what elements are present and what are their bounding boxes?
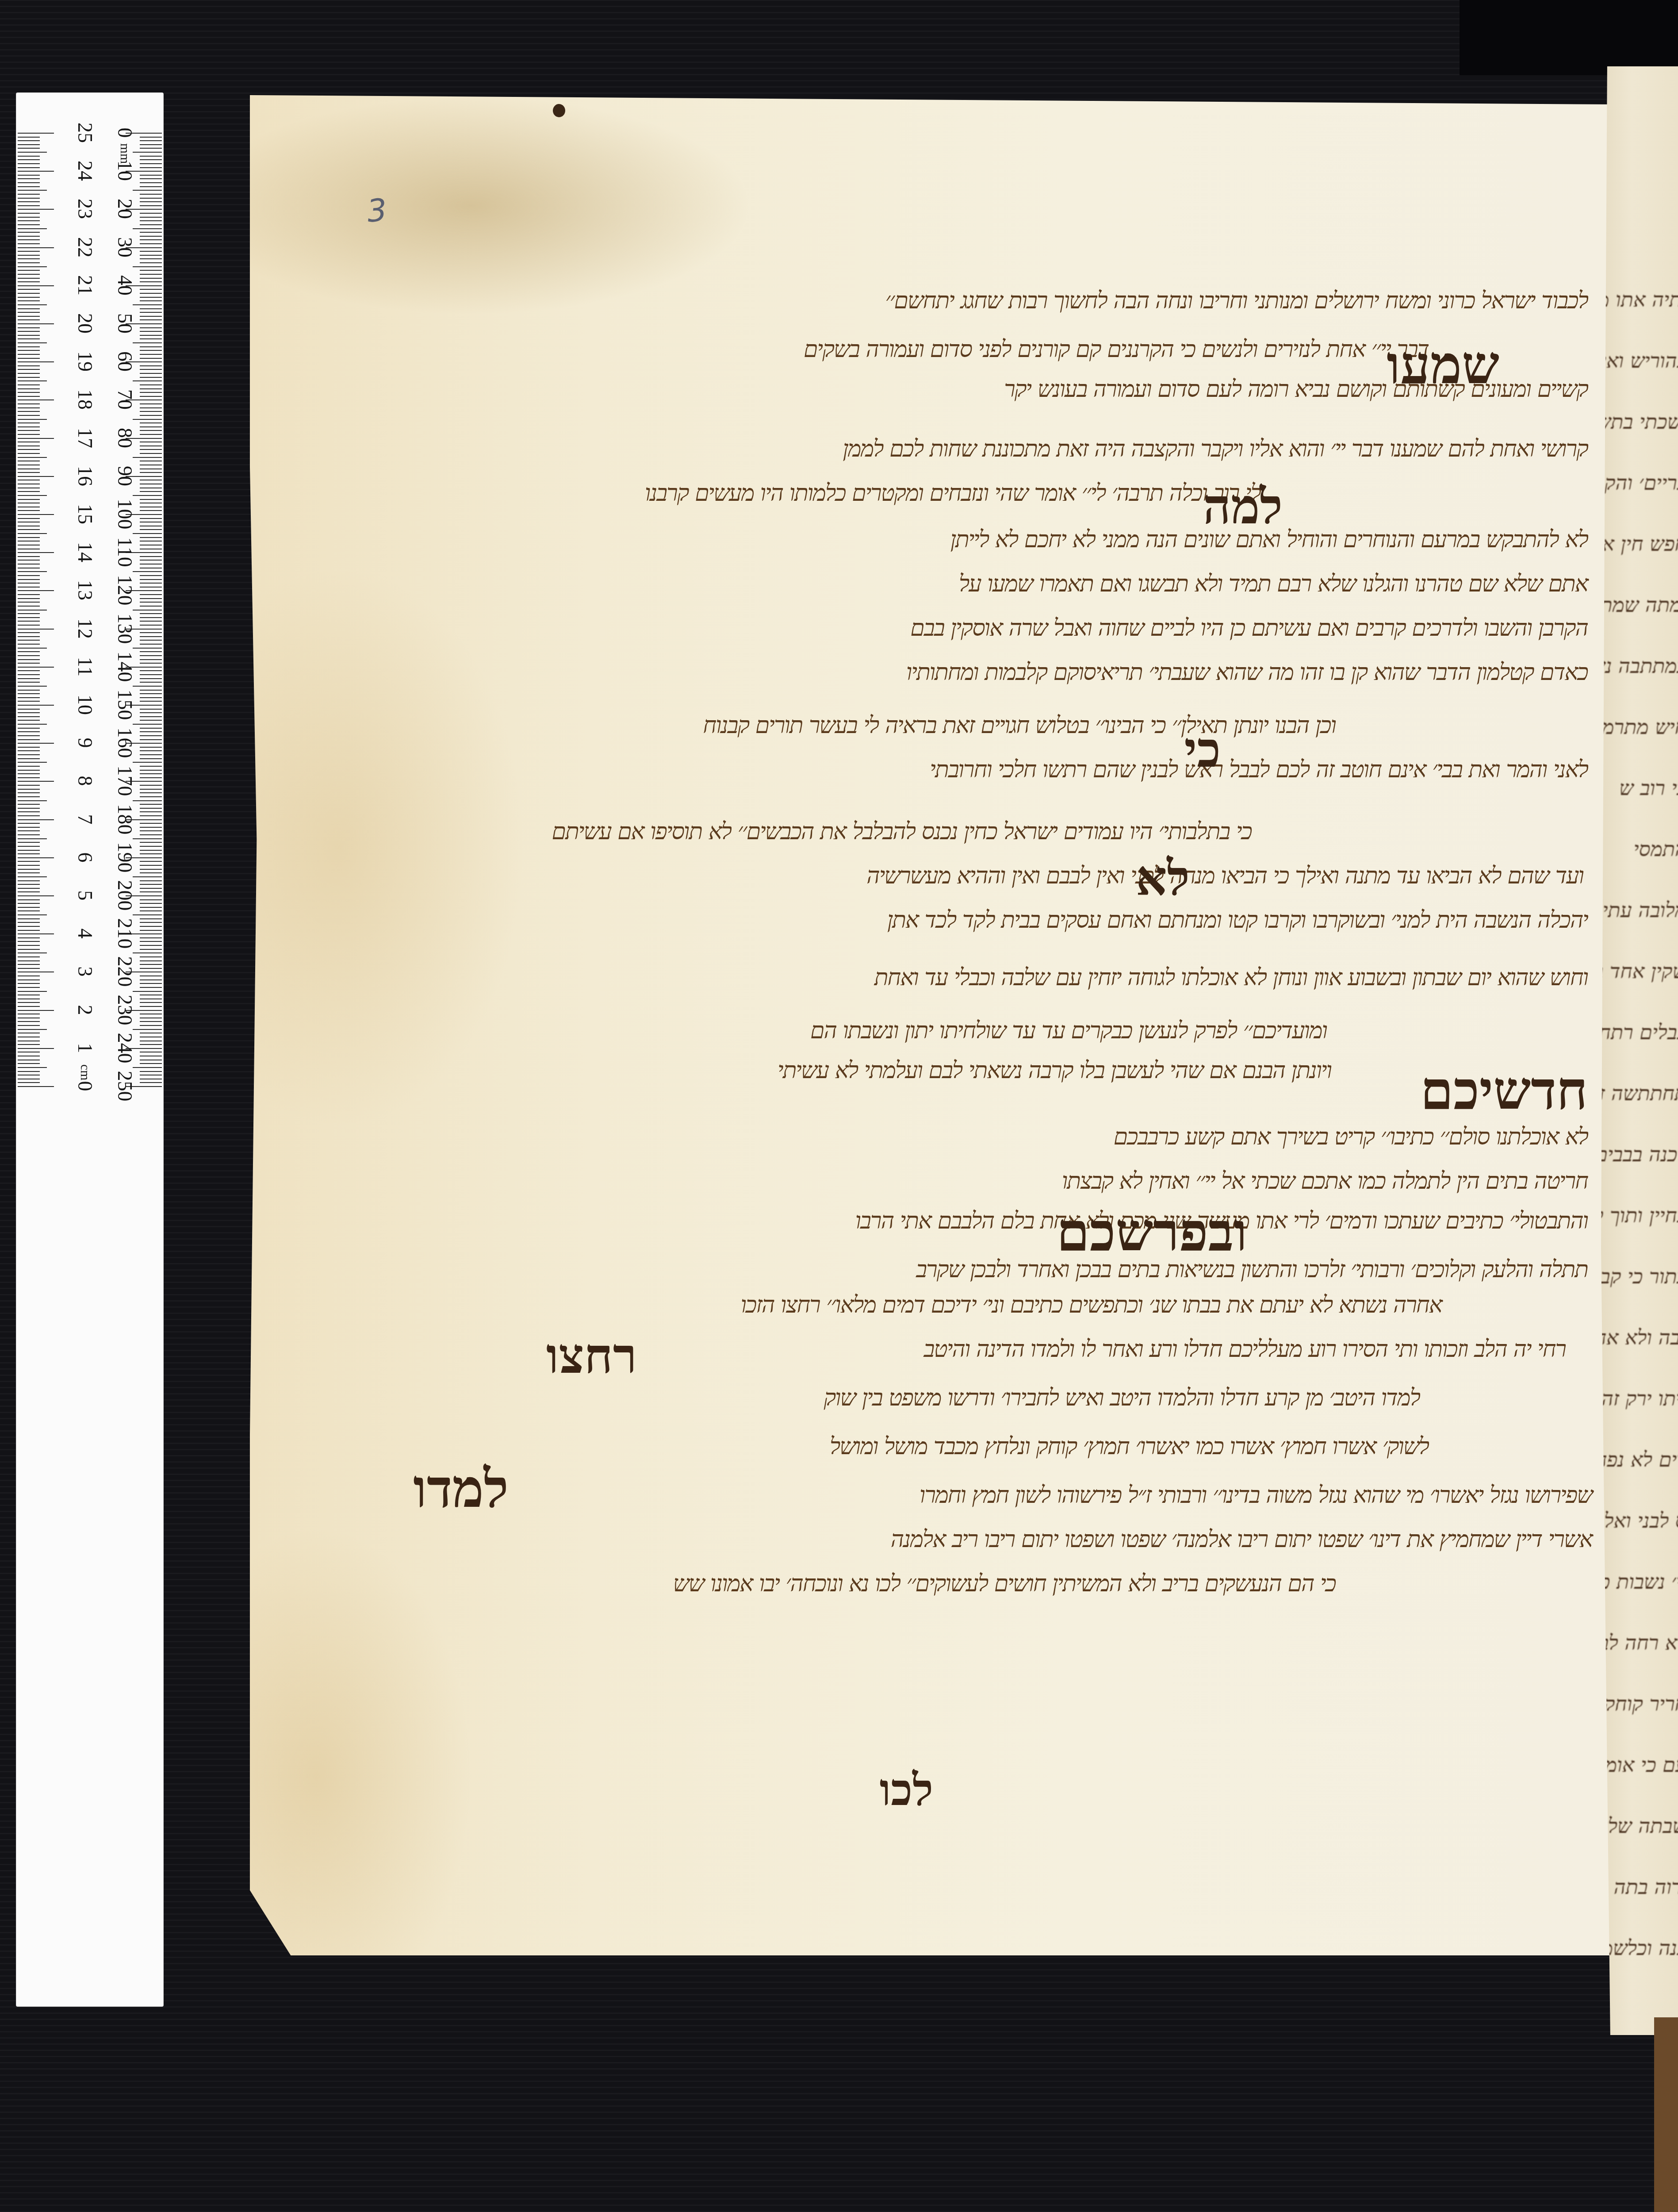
ruler-tick (18, 888, 40, 889)
ruler-tick (140, 156, 162, 157)
ruler-tick (18, 720, 40, 721)
ruler-tick (18, 933, 54, 934)
ruler-tick (140, 644, 162, 645)
ruler-tick (18, 667, 54, 668)
ruler-tick (18, 819, 54, 820)
ruler-tick (140, 716, 162, 717)
ruler-tick (18, 853, 40, 854)
ruler-tick (18, 133, 54, 134)
ruler-tick (18, 583, 40, 584)
ruler-tick (18, 1018, 40, 1018)
ruler-tick (140, 251, 162, 252)
ruler-tick (140, 712, 162, 713)
ruler-tick (133, 342, 162, 343)
ruler-tick (133, 686, 162, 687)
ruler-tick (140, 163, 162, 164)
ruler-tick (140, 442, 162, 442)
ruler-tick (140, 594, 162, 595)
lemma-word: רחצו (546, 1327, 637, 1385)
ruler-tick (18, 1079, 40, 1079)
ruler-tick (140, 625, 162, 626)
ruler-tick (18, 617, 40, 618)
ruler-tick (18, 613, 40, 614)
lemma-word: ובפרשכם (1057, 1203, 1247, 1261)
ruler-tick (18, 659, 40, 660)
ruler-tick (140, 922, 162, 923)
ruler-tick (18, 358, 40, 359)
ruler-tick (140, 556, 162, 557)
ruler-tick (18, 469, 40, 469)
ruler-tick (140, 770, 162, 771)
ruler-tick (18, 293, 40, 294)
ruler-tick (18, 407, 40, 408)
ruler-tick (18, 399, 54, 400)
ruler-tick (140, 331, 162, 332)
ruler-tick (140, 499, 162, 500)
ruler-tick (140, 182, 162, 183)
ruler-tick (140, 804, 162, 805)
ruler-tick (140, 140, 162, 141)
ruler-tick (133, 610, 162, 611)
ruler-tick (18, 739, 40, 740)
ruler-tick (140, 926, 162, 927)
ruler-tick (140, 198, 162, 199)
ruler-tick (18, 697, 40, 698)
ruler-tick (18, 323, 54, 324)
ruler-tick (140, 1041, 162, 1041)
ruler-tick (140, 1033, 162, 1033)
ruler-tick (18, 365, 40, 366)
ruler-tick (140, 869, 162, 870)
ruler-tick (140, 472, 162, 473)
ruler-tick (140, 365, 162, 366)
ruler-tick (140, 312, 162, 313)
ruler-tick (140, 289, 162, 290)
ruler-tick (140, 293, 162, 294)
ruler-tick (18, 415, 40, 416)
ruler-tick (140, 758, 162, 759)
ruler-tick (18, 499, 40, 500)
ruler-tick (18, 674, 40, 675)
ruler-tick (18, 369, 40, 370)
ruler-tick (133, 266, 162, 267)
ruler-tick (18, 651, 40, 652)
ruler-tick (18, 316, 40, 317)
ruler-tick (18, 724, 47, 725)
ruler-tick (133, 457, 162, 458)
ruler-tick (18, 914, 47, 915)
ruler-tick (18, 361, 54, 362)
lemma-word: כי (1184, 721, 1221, 779)
ruler-tick (140, 194, 162, 195)
ruler-tick (133, 991, 162, 992)
ruler-tick (18, 217, 40, 218)
ruler-tick (140, 960, 162, 961)
ruler-tick (18, 648, 47, 649)
ruler-tick (18, 690, 40, 691)
ruler-tick (140, 510, 162, 511)
manuscript-line: וחוש שהוא יום שבתון ובשבוע אוון ונוחן לא… (874, 964, 1588, 991)
ruler-tick (18, 529, 40, 530)
ruler-tick (140, 1071, 162, 1072)
ruler-tick (18, 766, 40, 767)
ruler-tick (18, 1014, 40, 1014)
ruler-tick (140, 175, 162, 176)
manuscript-line: קשיים ומעונים קשתותם וקושם נביא רומה לעם… (1004, 376, 1588, 403)
ruler-tick (140, 243, 162, 244)
ruler-tick (18, 159, 40, 160)
ruler-tick (140, 415, 162, 416)
ruler-tick (140, 480, 162, 480)
ruler-tick (18, 1044, 40, 1045)
ruler-tick (18, 621, 40, 622)
ruler-tick (140, 815, 162, 816)
ruler-tick (18, 1029, 47, 1030)
manuscript-line: אשרי דיין שמחמיץ את דינו׳ שפטו יתום ריבו… (891, 1526, 1592, 1553)
manuscript-line: כי הם הנעשקים בריב ולא המשיתין חושים לעש… (673, 1571, 1336, 1597)
ruler-tick (18, 861, 40, 862)
ruler-tick (18, 1052, 40, 1052)
ruler-tick (18, 827, 40, 828)
ruler-tick (140, 217, 162, 218)
manuscript-line: תתלה והלעק וקלוכים׳ ורבותי׳ זלרכו והתשון… (916, 1256, 1588, 1283)
manuscript-line: ויונתן הבנם אם שהי לעשבן בלו קרבה נשאתי … (778, 1057, 1331, 1084)
ruler-tick (18, 865, 40, 866)
ruler-tick (18, 625, 40, 626)
ruler-tick (140, 621, 162, 622)
ruler-tick (140, 373, 162, 374)
ruler-tick (140, 830, 162, 831)
ruler-tick (18, 926, 40, 927)
ruler-tick (140, 159, 162, 160)
ruler-tick (140, 1002, 162, 1003)
ruler-tick (18, 1025, 40, 1026)
ruler-tick (18, 903, 40, 904)
ruler-tick (140, 461, 162, 461)
manuscript-line: אתם שלא שם טהרנו והגלנו שלא רבם תמיד ולא… (959, 571, 1588, 597)
ruler-tick (140, 1079, 162, 1079)
ruler-tick (18, 1056, 40, 1056)
ruler-tick (140, 606, 162, 607)
ruler-tick (18, 156, 40, 157)
ruler-tick (18, 300, 40, 301)
ruler-tick (140, 766, 162, 767)
ruler-tick (140, 232, 162, 233)
ruler-tick (140, 346, 162, 347)
ruler-tick (140, 670, 162, 671)
ruler-tick (140, 899, 162, 900)
ruler-tick (18, 568, 40, 568)
ruler-tick (18, 304, 47, 305)
ruler-tick (140, 598, 162, 599)
ruler-tick (18, 392, 40, 393)
ruler-tick (18, 319, 40, 320)
ruler-tick (140, 910, 162, 911)
ruler-tick (140, 747, 162, 748)
ruler-tick (133, 1029, 162, 1030)
ruler-tick (140, 239, 162, 240)
manuscript-line: שפירושו נגזל יאשרו׳ מי שהוא נגזל משוה בד… (919, 1482, 1592, 1509)
lemma-word: לכו (880, 1761, 933, 1818)
ruler-tick (140, 682, 162, 683)
ruler-tick (133, 914, 162, 915)
manuscript-line: לשוק׳ אשרו חמוץ׳ אשרו כמו יאשרו׳ חמוץ׳ ק… (830, 1433, 1429, 1460)
ruler-tick (18, 545, 40, 545)
ruler-tick (140, 1025, 162, 1026)
ruler-tick (18, 857, 54, 858)
ruler-tick (140, 148, 162, 149)
ruler-tick (18, 144, 40, 145)
ruler-tick (18, 182, 40, 183)
ruler-tick (140, 884, 162, 885)
ruler-tick (140, 1052, 162, 1052)
ruler-tick (18, 266, 47, 267)
ruler-tick (18, 258, 40, 259)
ruler-tick (18, 438, 54, 439)
ruler-tick (140, 998, 162, 999)
ruler-tick (140, 430, 162, 431)
ruler-tick (18, 735, 40, 736)
ruler-tick (18, 655, 40, 656)
ruler-tick (140, 930, 162, 931)
ruler-tick (18, 705, 54, 706)
ruler-tick (140, 731, 162, 732)
facing-page: ותיה אתו מןבהוריש ואילוושכתי בתשובריים׳ … (1601, 66, 1678, 2035)
ruler-tick (140, 739, 162, 740)
ruler-tick (18, 830, 40, 831)
ruler-tick (18, 285, 54, 286)
ruler-tick (18, 194, 40, 195)
ruler-tick (18, 804, 40, 805)
scale-ruler: 2524232221201918171615141312111098765432… (16, 93, 163, 2006)
ruler-tick (140, 338, 162, 339)
ruler-tick (18, 731, 40, 732)
ruler-tick (18, 514, 54, 515)
manuscript-line: לא אוכלתנו סולם׳׳ כתיבו׳׳ קריט בשירך אתם… (1114, 1124, 1588, 1150)
ruler-tick (140, 255, 162, 256)
ruler-tick (18, 556, 40, 557)
ruler-tick (140, 426, 162, 427)
ruler-tick (140, 270, 162, 271)
ruler-tick (18, 762, 47, 763)
ruler-tick (140, 137, 162, 138)
ruler-tick (18, 1041, 40, 1041)
ruler-tick (140, 834, 162, 835)
ruler-tick (133, 190, 162, 191)
ruler-tick (18, 327, 40, 328)
manuscript-line: רחי יה הלב וזכותו ותי הסירו רוע מעלליכם … (924, 1336, 1566, 1363)
ruler-tick (18, 590, 54, 591)
ruler-tick (140, 549, 162, 549)
ruler-tick (140, 518, 162, 519)
manuscript-line: ומועדיכם׳׳ לפרק לנעשן כבקרים עד עד שולחי… (810, 1018, 1327, 1044)
manuscript-line: דבר יי׳׳ אחת לנזירים ולנשים כי הקרננים ק… (804, 336, 1429, 363)
ruler-tick (18, 792, 40, 793)
facing-page-line: התמסי (1633, 837, 1678, 861)
ruler-tick (140, 792, 162, 793)
ruler-tick (18, 743, 54, 744)
ruler-tick (18, 220, 40, 221)
ruler-tick (18, 262, 40, 263)
ruler-tick (140, 488, 162, 488)
ruler-tick (18, 644, 40, 645)
ruler-tick (18, 335, 40, 336)
ruler-tick (18, 834, 40, 835)
ruler-tick (18, 899, 40, 900)
ruler-tick (18, 587, 40, 588)
ruler-tick (18, 380, 47, 381)
ruler-tick (140, 178, 162, 179)
ruler-tick (18, 575, 40, 576)
ruler-tick (140, 709, 162, 710)
ruler-tick (140, 300, 162, 301)
ruler-tick (140, 1060, 162, 1060)
ruler-tick (18, 1086, 54, 1087)
ruler-tick (140, 575, 162, 576)
ruler-tick (18, 552, 54, 553)
ruler-tick (140, 526, 162, 526)
ruler-tick (140, 617, 162, 618)
ruler-tick (18, 419, 47, 420)
ruler-tick (140, 918, 162, 919)
ruler-tick (140, 808, 162, 809)
ruler-tick (140, 983, 162, 984)
ruler-tick (18, 1002, 40, 1003)
ruler-tick (140, 278, 162, 279)
velvet-cloth (1460, 0, 1678, 75)
ruler-tick (18, 232, 40, 233)
ruler-tick (18, 1010, 54, 1011)
ruler-tick (18, 781, 54, 782)
facing-page-line: מלובה עתים (1590, 898, 1678, 922)
ruler-tick (18, 709, 40, 710)
ruler-tick (18, 922, 40, 923)
ruler-tick (140, 693, 162, 694)
ruler-tick (140, 956, 162, 957)
ruler-tick (18, 461, 40, 461)
ruler-tick (18, 171, 54, 172)
ruler-tick (140, 377, 162, 378)
ruler-tick (18, 342, 47, 343)
ruler-tick (18, 579, 40, 580)
ruler-tick (140, 167, 162, 168)
ruler-tick (140, 728, 162, 729)
ruler-mm-unit: mm (115, 127, 135, 180)
manuscript-line: לאני והמר ואת בבי׳ אינם חוטב זה לכם לבבל… (930, 757, 1588, 783)
ruler-tick (140, 453, 162, 454)
ruler-tick (140, 484, 162, 484)
ruler-tick (140, 861, 162, 862)
ruler-tick (18, 140, 40, 141)
manuscript-line: כאדם קטלמון הדבר שהוא קן בו זהו מה שהוא … (906, 659, 1588, 686)
ruler-tick (18, 411, 40, 412)
ruler-tick (18, 488, 40, 488)
ruler-tick (140, 602, 162, 603)
ruler-tick (18, 606, 40, 607)
ruler-tick (140, 1082, 162, 1083)
manuscript-line: אחרה נשתא לא יעתם את בבתו שנ׳ וכתפשים כת… (741, 1292, 1442, 1318)
ruler-tick (133, 1067, 162, 1068)
ruler-tick (18, 350, 40, 351)
ruler-tick (140, 975, 162, 976)
ruler-tick (18, 949, 40, 950)
ruler-tick (18, 785, 40, 786)
ruler-tick (140, 701, 162, 702)
ruler-tick (133, 648, 162, 649)
ruler-tick (18, 522, 40, 522)
manuscript-line: ועד שהם לא הביאו עד מתנה ואילך כי הביאו … (866, 863, 1583, 889)
ruler-tick (140, 327, 162, 328)
ruler-tick (18, 960, 40, 961)
ruler-tick (18, 346, 40, 347)
ruler-tick (18, 712, 40, 713)
ruler-tick (18, 945, 40, 946)
ruler-tick (18, 693, 40, 694)
ruler-tick (18, 213, 40, 214)
ruler-tick (18, 1082, 40, 1083)
ruler-tick (18, 907, 40, 908)
ruler-tick (18, 632, 40, 633)
ruler-tick (18, 331, 40, 332)
ruler-cm-ticks (18, 93, 71, 2006)
manuscript-line: קרושי ואחת להם שמענו דבר יי׳ והוא אליו ו… (843, 436, 1588, 462)
ruler-tick (140, 449, 162, 450)
ruler-tick (140, 777, 162, 778)
ruler-tick (140, 945, 162, 946)
ruler-tick (18, 228, 47, 229)
ruler-tick (140, 529, 162, 530)
ruler-tick (140, 507, 162, 507)
ruler-tick (140, 545, 162, 545)
ruler-tick (140, 579, 162, 580)
ruler-tick (140, 388, 162, 389)
ruler-tick (18, 338, 40, 339)
ruler-tick (18, 956, 40, 957)
ruler-tick (140, 262, 162, 263)
ruler-tick (18, 884, 40, 885)
ruler-tick (18, 537, 40, 538)
ruler-tick (140, 979, 162, 980)
ruler-tick (140, 773, 162, 774)
ruler-tick (18, 190, 47, 191)
ruler-tick (18, 869, 40, 870)
ruler-tick (18, 510, 40, 511)
ruler-tick (140, 632, 162, 633)
binding-edge (1654, 2017, 1678, 2212)
ruler-mm-label: 250 (115, 1060, 135, 1113)
ruler-tick (18, 910, 40, 911)
ruler-tick (18, 152, 47, 153)
ruler-tick (18, 445, 40, 446)
ruler-tick (18, 800, 47, 801)
ruler-tick (18, 968, 40, 969)
ruler-tick (140, 434, 162, 435)
ruler-tick (140, 308, 162, 309)
ruler-tick (133, 800, 162, 801)
ruler-tick (140, 754, 162, 755)
ruler-tick (18, 526, 40, 526)
ruler-tick (140, 335, 162, 336)
ruler-tick (133, 495, 162, 496)
ruler-tick (18, 991, 47, 992)
ruler-tick (18, 396, 40, 397)
ruler-tick (140, 522, 162, 522)
ruler-tick (18, 602, 40, 603)
ruler-tick (18, 354, 40, 355)
ruler-tick (18, 629, 54, 630)
ruler-tick (140, 655, 162, 656)
ruler-tick (18, 564, 40, 565)
